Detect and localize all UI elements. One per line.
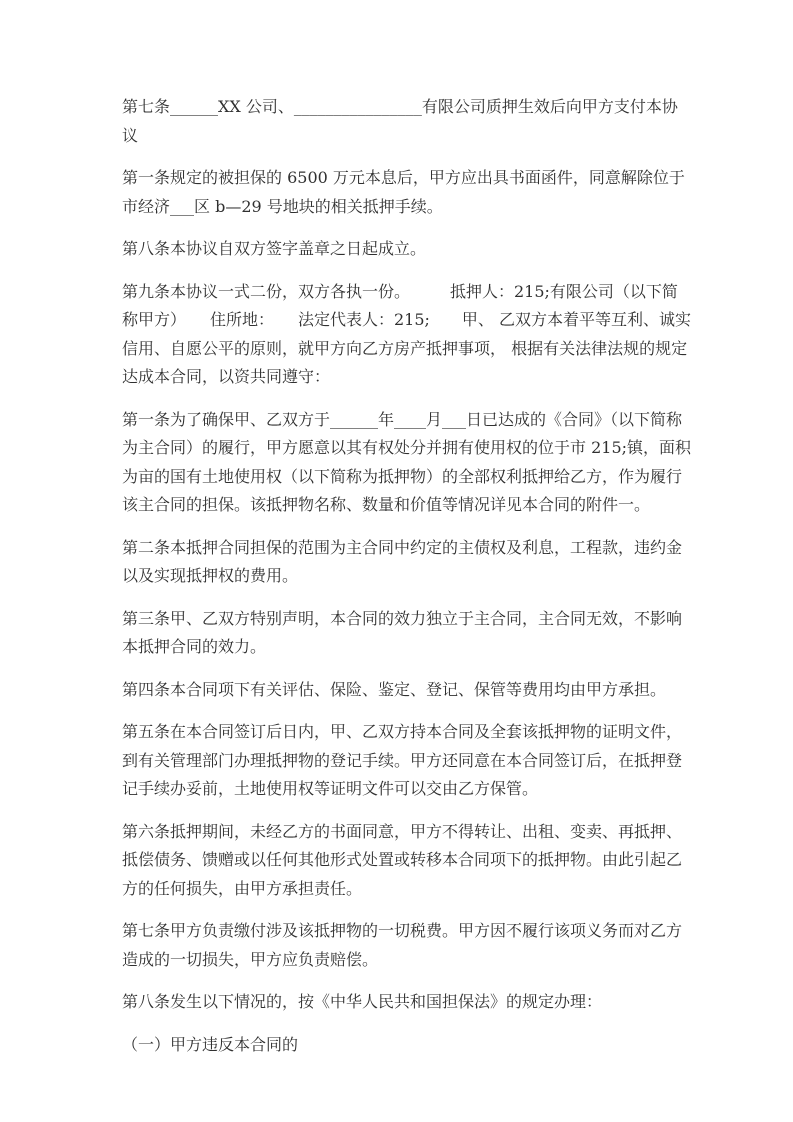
paragraph-clause-6-restrictions: 第六条抵押期间，未经乙方的书面同意，甲方不得转让、出租、变卖、再抵押、抵偿债务、… (122, 818, 693, 904)
paragraph-clause-9-copies-parties: 第九条本协议一式二份，双方各执一份。 抵押人：215;有限公司（以下简称甲方） … (122, 278, 693, 392)
paragraph-clause-3-independence: 第三条甲、乙双方特别声明，本合同的效力独立于主合同，主合同无效，不影响本抵押合同… (122, 605, 693, 662)
document-page: 第七条______XX 公司、________________有限公司质押生效后… (0, 0, 793, 1122)
paragraph-clause-8-guarantee-law: 第八条发生以下情况的，按《中华人民共和国担保法》的规定办理： (122, 988, 693, 1017)
paragraph-clause-1-guarantee: 第一条为了确保甲、乙双方于______年____月___日已达成的《合同》（以下… (122, 406, 693, 520)
document-body: 第七条______XX 公司、________________有限公司质押生效后… (0, 0, 793, 1059)
paragraph-clause-4-fees: 第四条本合同项下有关评估、保险、鉴定、登记、保管等费用均由甲方承担。 (122, 676, 693, 705)
paragraph-clause-1-release: 第一条规定的被担保的 6500 万元本息后，甲方应出具书面函件，同意解除位于市经… (122, 164, 693, 221)
paragraph-clause-7-pledge: 第七条______XX 公司、________________有限公司质押生效后… (122, 93, 693, 150)
paragraph-clause-7-taxes: 第七条甲方负责缴付涉及该抵押物的一切税费。甲方因不履行该项义务而对乙方造成的一切… (122, 917, 693, 974)
paragraph-clause-2-scope: 第二条本抵押合同担保的范围为主合同中约定的主债权及利息，工程款，违约金以及实现抵… (122, 534, 693, 591)
paragraph-clause-5-registration: 第五条在本合同签订后日内，甲、乙双方持本合同及全套该抵押物的证明文件，到有关管理… (122, 718, 693, 804)
paragraph-item-1-breach: （一）甲方违反本合同的 (122, 1031, 693, 1060)
paragraph-clause-8-effective: 第八条本协议自双方签字盖章之日起成立。 (122, 235, 693, 264)
